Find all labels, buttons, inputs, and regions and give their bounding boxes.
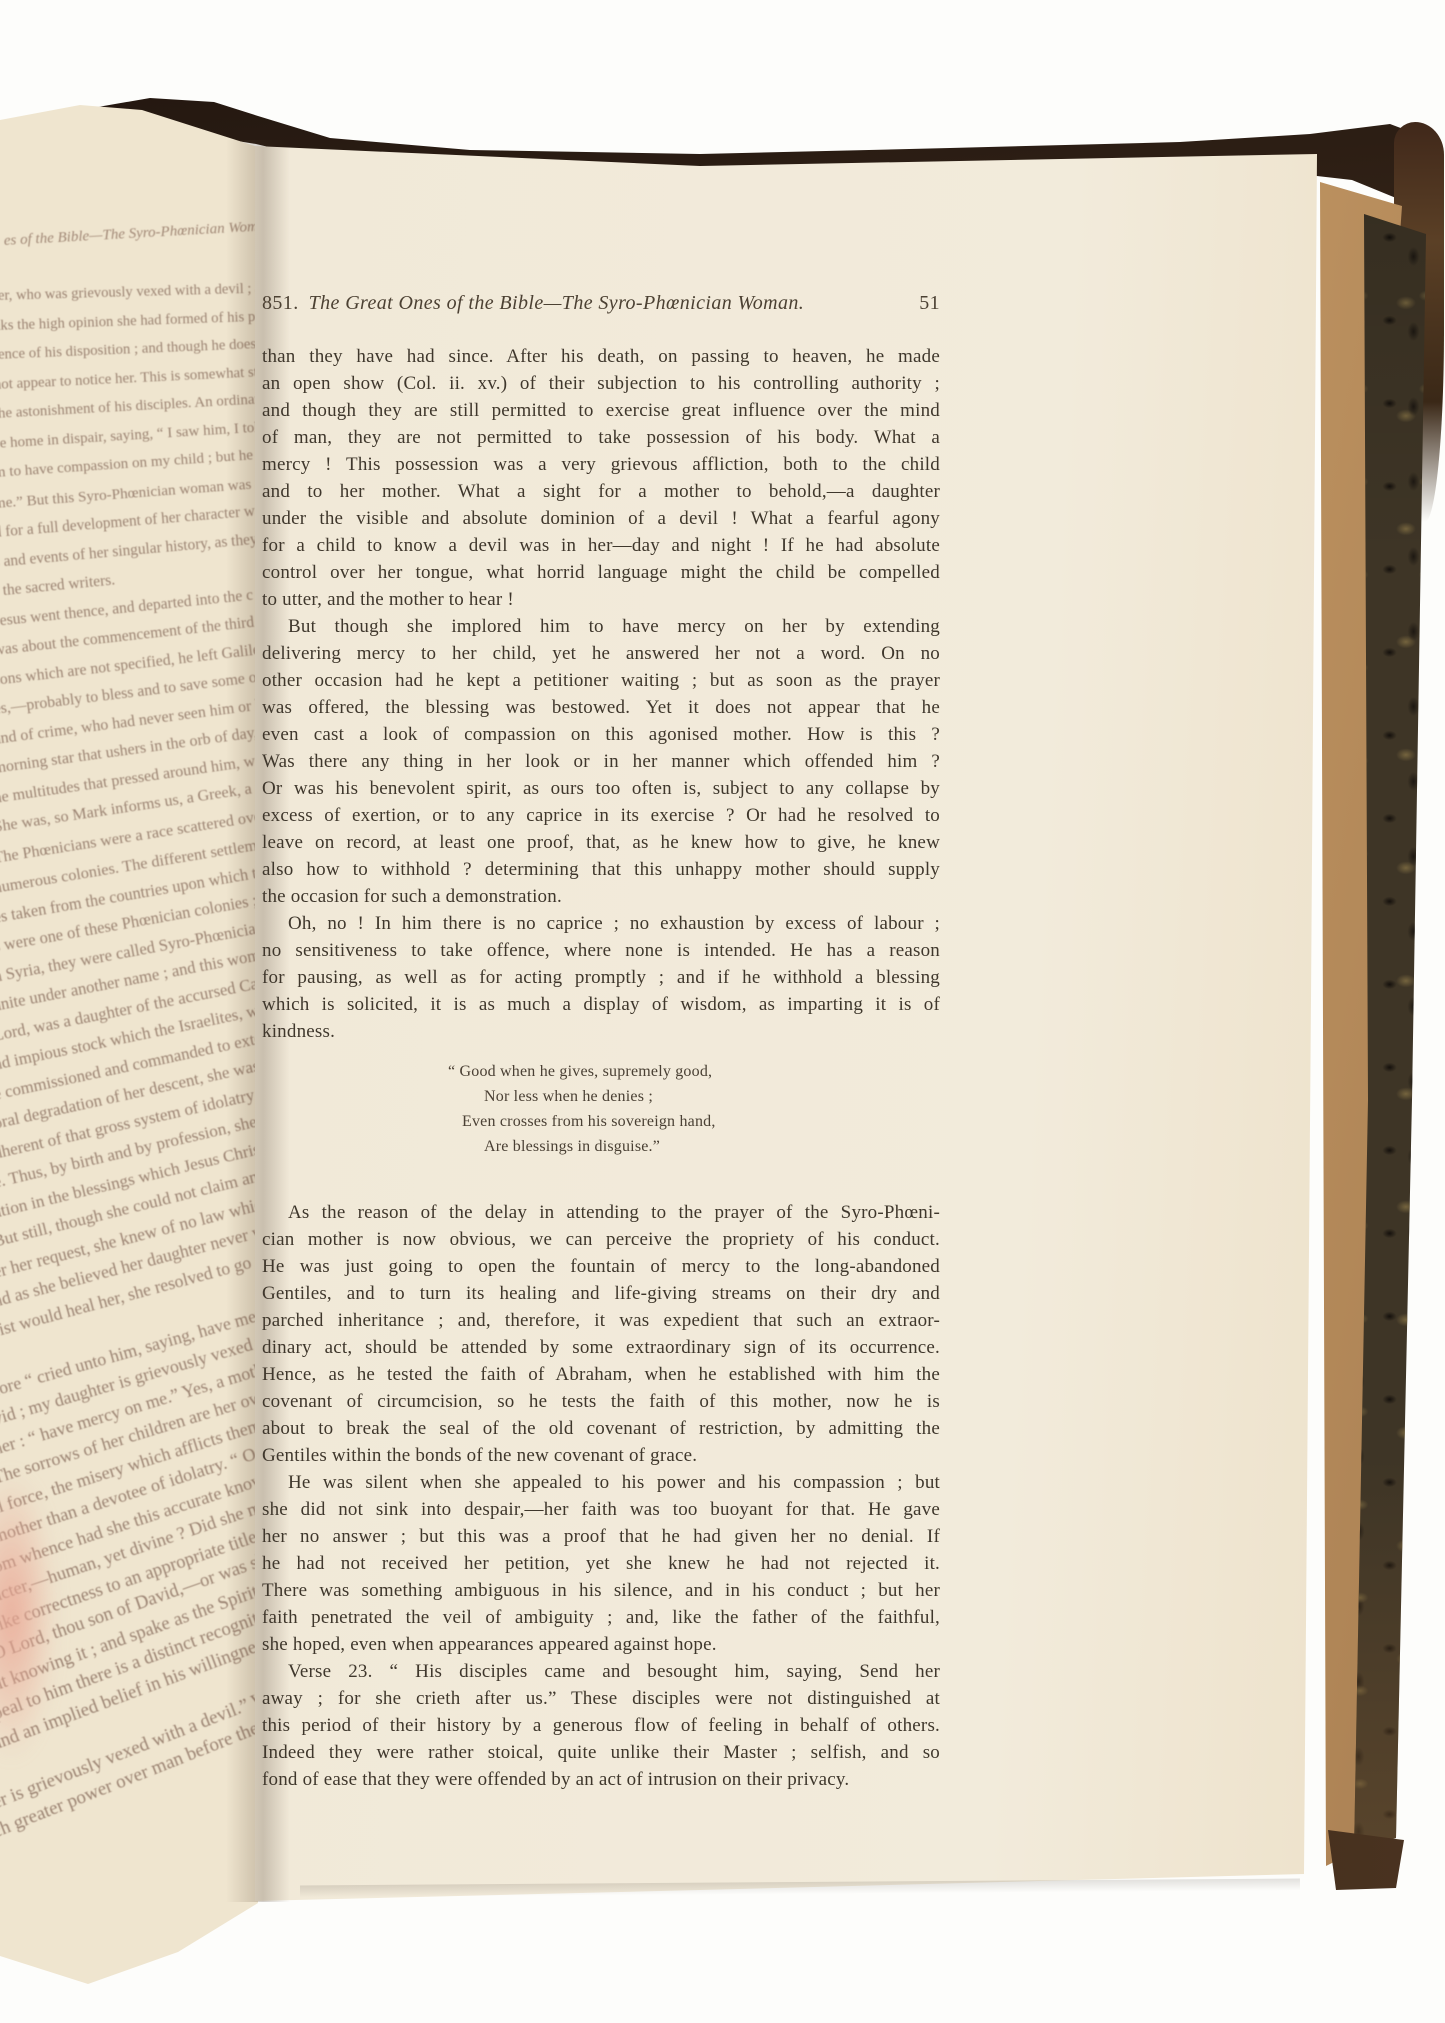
body-text-line: her no answer ; but this was a proof tha… [262, 1523, 940, 1550]
body-text-line: than they have had since. After his deat… [262, 343, 940, 370]
body-text-line: Was there any thing in her look or in he… [262, 748, 940, 775]
body-text-line: of man, they are not permitted to take p… [262, 424, 940, 451]
body-text-line: an open show (Col. ii. xv.) of their sub… [262, 370, 940, 397]
body-text-line: under the visible and absolute dominion … [262, 505, 940, 532]
body-text-line: and to her mother. What a sight for a mo… [262, 478, 940, 505]
body-text-line: other occasion had he kept a petitioner … [262, 667, 940, 694]
body-text-line: faith penetrated the veil of ambiguity ;… [262, 1604, 940, 1631]
body-text-line: even cast a look of compassion on this a… [262, 721, 940, 748]
body-text-line: to utter, and the mother to hear ! [262, 586, 940, 613]
body-text-line: There was something ambiguous in his sil… [262, 1577, 940, 1604]
body-text-line: also how to withhold ? determining that … [262, 856, 940, 883]
verse-quote-line: Nor less when he denies ; [484, 1084, 940, 1109]
body-text-line: excess of exertion, or to any caprice in… [262, 802, 940, 829]
body-text-line: fond of ease that they were offended by … [262, 1766, 940, 1793]
body-text-line: Gentiles within the bonds of the new cov… [262, 1442, 940, 1469]
page-header: 851. The Great Ones of the Bible—The Syr… [262, 292, 940, 315]
right-page-content: 851. The Great Ones of the Bible—The Syr… [262, 292, 940, 1793]
body-text-line: He was silent when she appealed to his p… [262, 1469, 940, 1496]
body-text-line: this period of their history by a genero… [262, 1712, 940, 1739]
left-page-text-line: r the sacred writers. [0, 571, 116, 600]
left-page-text-line: aks the high opinion she had formed of h… [0, 308, 262, 334]
body-text-line: was offered, the blessing was bestowed. … [262, 694, 940, 721]
page-number: 51 [919, 292, 940, 315]
book-photo: es of the Bible—The Syro-Phœnician Wom t… [0, 0, 1445, 2023]
body-text-line: the occasion for such a demonstration. [262, 883, 940, 910]
body-text-line: and though they are still permitted to e… [262, 397, 940, 424]
pink-blur-object [0, 1470, 56, 1760]
body-text-line: Or was his benevolent spirit, as ours to… [262, 775, 940, 802]
body-text-line: Hence, as he tested the faith of Abraham… [262, 1361, 940, 1388]
body-text-line: away ; for she crieth after us.” These d… [262, 1685, 940, 1712]
body-text-line: Oh, no ! In him there is no caprice ; no… [262, 910, 940, 937]
running-title: The Great Ones of the Bible—The Syro-Phœ… [309, 292, 908, 315]
body-text-line: As the reason of the delay in attending … [262, 1199, 940, 1226]
body-text-line: Indeed they were rather stoical, quite u… [262, 1739, 940, 1766]
left-page-text-line: not appear to notice her. This is somewh… [0, 364, 258, 394]
body-text-line: for a child to know a devil was in her—d… [262, 532, 940, 559]
verse-quote: “ Good when he gives, supremely good,Nor… [448, 1059, 940, 1159]
body-text-line: cian mother is now obvious, we can perce… [262, 1226, 940, 1253]
body-text-line: kindness. [262, 1018, 940, 1045]
body-text-line: for pausing, as well as for acting promp… [262, 964, 940, 991]
body-text-line: he had not received her petition, yet sh… [262, 1550, 940, 1577]
left-page-text-line: ter, who was grievously vexed with a dev… [0, 281, 262, 305]
body-text-line: control over her tongue, what horrid lan… [262, 559, 940, 586]
left-page-running-header: es of the Bible—The Syro-Phœnician Wom [3, 219, 258, 250]
body-text-line: no sensitiveness to take offence, where … [262, 937, 940, 964]
body-text-line: Gentiles, and to turn its healing and li… [262, 1280, 940, 1307]
page-body: than they have had since. After his deat… [262, 343, 940, 1793]
body-text-line: leave on record, at least one proof, tha… [262, 829, 940, 856]
verse-quote-line: Are blessings in disguise.” [484, 1134, 940, 1159]
body-text-line: Verse 23. “ His disciples came and besou… [262, 1658, 940, 1685]
body-text-line: she did not sink into despair,—her faith… [262, 1496, 940, 1523]
body-text-line: which is solicited, it is as much a disp… [262, 991, 940, 1018]
body-text-line: covenant of circumcision, so he tests th… [262, 1388, 940, 1415]
body-text-line: delivering mercy to her child, yet he an… [262, 640, 940, 667]
body-text-line: mercy ! This possession was a very griev… [262, 451, 940, 478]
body-text-line: she hoped, even when appearances appeare… [262, 1631, 940, 1658]
section-number: 851. [262, 292, 299, 315]
body-text-line: dinary act, should be attended by some e… [262, 1334, 940, 1361]
verse-quote-line: “ Good when he gives, supremely good, [448, 1059, 940, 1084]
body-text-line: But though she implored him to have merc… [262, 613, 940, 640]
verse-quote-line: Even crosses from his sovereign hand, [462, 1109, 940, 1134]
body-text-line: He was just going to open the fountain o… [262, 1253, 940, 1280]
body-text-line: about to break the seal of the old coven… [262, 1415, 940, 1442]
body-text-line: parched inheritance ; and, therefore, it… [262, 1307, 940, 1334]
